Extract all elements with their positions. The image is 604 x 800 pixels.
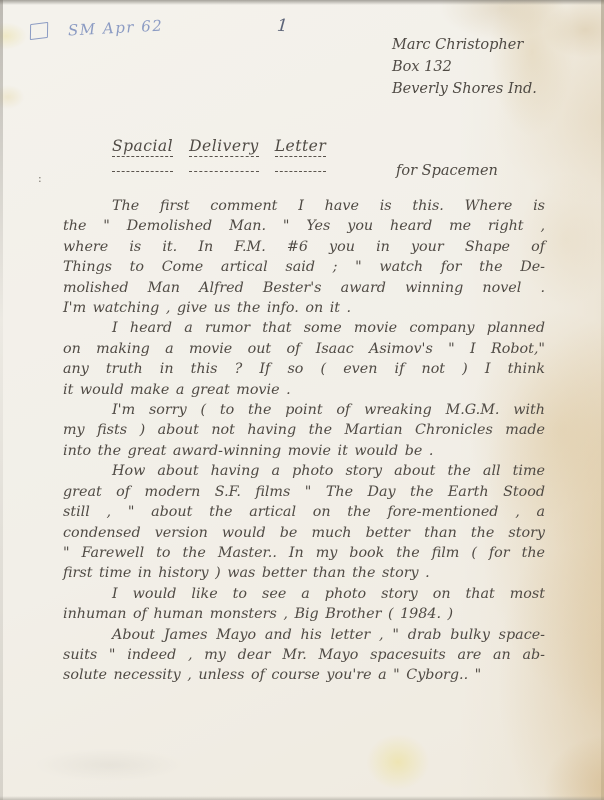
handwriting-line: my fists ) about not having the Martian … bbox=[63, 420, 545, 440]
handwriting-line: molished Man Alfred Bester's award winni… bbox=[63, 278, 545, 298]
title-block: SpacialDeliveryLetter SpacialDeliveryLet… bbox=[112, 137, 342, 178]
handwriting-line: How about having a photo story about the… bbox=[63, 461, 545, 481]
handwriting-line: the " Demolished Man. " Yes you heard me… bbox=[63, 216, 545, 236]
handwriting-line: great of modern S.F. films " The Day the… bbox=[63, 482, 545, 502]
handwriting-line: " Farewell to the Master.. In my book th… bbox=[63, 543, 545, 563]
handwriting-line: I'm watching , give us the info. on it . bbox=[63, 298, 545, 318]
scanned-letter-page: SM Apr 62 1 Marc ChristopherBox 132Bever… bbox=[0, 0, 604, 800]
address-line: Beverly Shores Ind. bbox=[392, 78, 537, 100]
handwriting-line: inhuman of human monsters , Big Brother … bbox=[63, 604, 545, 624]
handwriting-line: About James Mayo and his letter , " drab… bbox=[63, 625, 545, 645]
stray-mark: : bbox=[38, 172, 42, 185]
handwriting-line: condensed version would be much better t… bbox=[63, 523, 545, 543]
title-word: Spacial bbox=[112, 137, 173, 157]
title-underline-segment: Spacial bbox=[112, 171, 173, 174]
address-line: Marc Christopher bbox=[392, 34, 537, 56]
letter-body: The first comment I have is this. Where … bbox=[63, 196, 545, 686]
handwriting-line: I heard a rumor that some movie company … bbox=[63, 318, 545, 338]
title-underline-segment: Delivery bbox=[189, 171, 259, 174]
handwriting-line: into the great award-winning movie it wo… bbox=[63, 441, 545, 461]
pencil-box-doodle bbox=[30, 22, 48, 40]
handwriting-line: The first comment I have is this. Where … bbox=[63, 196, 545, 216]
title-word: Delivery bbox=[189, 137, 259, 157]
scan-edge-bottom bbox=[0, 796, 604, 800]
scan-edge-left bbox=[0, 0, 3, 800]
address-block: Marc ChristopherBox 132Beverly Shores In… bbox=[392, 34, 537, 100]
handwriting-line: it would make a great movie . bbox=[63, 380, 545, 400]
handwriting-line: any truth in this ? If so ( even if not … bbox=[63, 359, 545, 379]
pencil-annotation: SM Apr 62 bbox=[30, 17, 164, 42]
title-word: Letter bbox=[275, 137, 327, 157]
title-underline-row: SpacialDeliveryLetter bbox=[112, 159, 342, 178]
handwriting-line: I would like to see a photo story on tha… bbox=[63, 584, 545, 604]
page-number: 1 bbox=[276, 16, 288, 37]
pencil-note-text: SM Apr 62 bbox=[68, 17, 164, 40]
handwriting-line: first time in history ) was better than … bbox=[63, 563, 545, 583]
handwriting-line: I'm sorry ( to the point of wreaking M.G… bbox=[63, 400, 545, 420]
handwriting-line: solute necessity , unless of course you'… bbox=[63, 665, 545, 685]
handwriting-line: on making a movie out of Isaac Asimov's … bbox=[63, 339, 545, 359]
title-underline-segment: Letter bbox=[275, 171, 327, 174]
handwriting-line: Things to Come artical said ; " watch fo… bbox=[63, 257, 545, 277]
letter-title: SpacialDeliveryLetter bbox=[112, 137, 342, 155]
handwriting-line: suits " indeed , my dear Mr. Mayo spaces… bbox=[63, 645, 545, 665]
handwriting-line: still , " about the artical on the fore-… bbox=[63, 502, 545, 522]
letter-subtitle: for Spacemen bbox=[396, 163, 498, 179]
scan-edge-top bbox=[0, 0, 604, 5]
address-line: Box 132 bbox=[392, 56, 537, 78]
handwriting-line: where is it. In F.M. #6 you in your Shap… bbox=[63, 237, 545, 257]
